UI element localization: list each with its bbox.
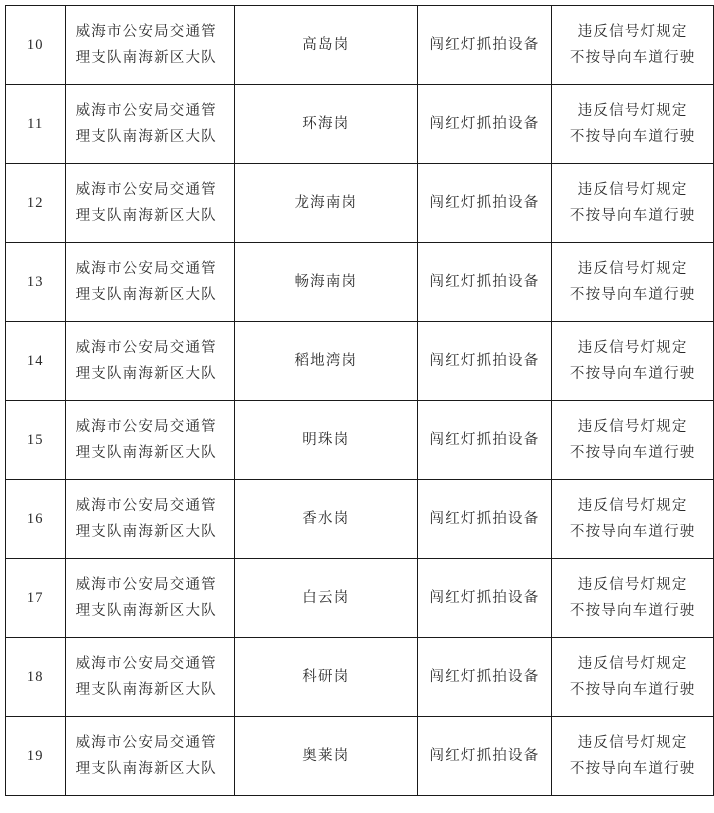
row-number-cell: 14: [6, 322, 66, 401]
site-cell: 香水岗: [235, 480, 417, 559]
unit-cell: 威海市公安局交通管理支队南海新区大队: [65, 401, 235, 480]
device-cell: 闯红灯抓拍设备: [417, 322, 552, 401]
row-number-cell: 16: [6, 480, 66, 559]
unit-cell: 威海市公安局交通管理支队南海新区大队: [65, 480, 235, 559]
unit-line-2: 理支队南海新区大队: [76, 756, 235, 782]
unit-cell: 威海市公安局交通管理支队南海新区大队: [65, 6, 235, 85]
violation-line-1: 违反信号灯规定: [552, 572, 713, 598]
violation-cell: 违反信号灯规定不按导向车道行驶: [552, 559, 714, 638]
violation-line-2: 不按导向车道行驶: [552, 361, 713, 387]
table-row: 15 威海市公安局交通管理支队南海新区大队 明珠岗 闯红灯抓拍设备 违反信号灯规…: [6, 401, 714, 480]
violation-cell: 违反信号灯规定不按导向车道行驶: [552, 6, 714, 85]
violation-line-2: 不按导向车道行驶: [552, 124, 713, 150]
violation-cell: 违反信号灯规定不按导向车道行驶: [552, 243, 714, 322]
unit-line-1: 威海市公安局交通管: [76, 493, 235, 519]
table-row: 16 威海市公安局交通管理支队南海新区大队 香水岗 闯红灯抓拍设备 违反信号灯规…: [6, 480, 714, 559]
violation-line-1: 违反信号灯规定: [552, 730, 713, 756]
unit-line-1: 威海市公安局交通管: [76, 19, 235, 45]
unit-cell: 威海市公安局交通管理支队南海新区大队: [65, 164, 235, 243]
table-row: 18 威海市公安局交通管理支队南海新区大队 科研岗 闯红灯抓拍设备 违反信号灯规…: [6, 638, 714, 717]
unit-cell: 威海市公安局交通管理支队南海新区大队: [65, 638, 235, 717]
violation-line-2: 不按导向车道行驶: [552, 677, 713, 703]
unit-line-2: 理支队南海新区大队: [76, 440, 235, 466]
violation-line-1: 违反信号灯规定: [552, 335, 713, 361]
device-cell: 闯红灯抓拍设备: [417, 717, 552, 796]
unit-line-1: 威海市公安局交通管: [76, 730, 235, 756]
device-cell: 闯红灯抓拍设备: [417, 6, 552, 85]
violation-cell: 违反信号灯规定不按导向车道行驶: [552, 480, 714, 559]
device-cell: 闯红灯抓拍设备: [417, 164, 552, 243]
row-number-cell: 10: [6, 6, 66, 85]
violation-line-2: 不按导向车道行驶: [552, 282, 713, 308]
camera-locations-table: 10 威海市公安局交通管理支队南海新区大队 高岛岗 闯红灯抓拍设备 违反信号灯规…: [5, 5, 714, 796]
table-container: 10 威海市公安局交通管理支队南海新区大队 高岛岗 闯红灯抓拍设备 违反信号灯规…: [5, 5, 714, 796]
table-row: 12 威海市公安局交通管理支队南海新区大队 龙海南岗 闯红灯抓拍设备 违反信号灯…: [6, 164, 714, 243]
unit-line-1: 威海市公安局交通管: [76, 335, 235, 361]
site-cell: 畅海南岗: [235, 243, 417, 322]
unit-line-1: 威海市公安局交通管: [76, 572, 235, 598]
unit-line-1: 威海市公安局交通管: [76, 256, 235, 282]
violation-line-1: 违反信号灯规定: [552, 493, 713, 519]
unit-line-1: 威海市公安局交通管: [76, 414, 235, 440]
unit-cell: 威海市公安局交通管理支队南海新区大队: [65, 85, 235, 164]
table-row: 17 威海市公安局交通管理支队南海新区大队 白云岗 闯红灯抓拍设备 违反信号灯规…: [6, 559, 714, 638]
violation-line-1: 违反信号灯规定: [552, 177, 713, 203]
violation-line-2: 不按导向车道行驶: [552, 756, 713, 782]
site-cell: 明珠岗: [235, 401, 417, 480]
violation-line-1: 违反信号灯规定: [552, 651, 713, 677]
violation-line-1: 违反信号灯规定: [552, 19, 713, 45]
unit-line-2: 理支队南海新区大队: [76, 519, 235, 545]
unit-line-1: 威海市公安局交通管: [76, 98, 235, 124]
violation-cell: 违反信号灯规定不按导向车道行驶: [552, 717, 714, 796]
table-row: 11 威海市公安局交通管理支队南海新区大队 环海岗 闯红灯抓拍设备 违反信号灯规…: [6, 85, 714, 164]
unit-line-2: 理支队南海新区大队: [76, 45, 235, 71]
row-number-cell: 12: [6, 164, 66, 243]
violation-line-2: 不按导向车道行驶: [552, 45, 713, 71]
device-cell: 闯红灯抓拍设备: [417, 243, 552, 322]
violation-cell: 违反信号灯规定不按导向车道行驶: [552, 638, 714, 717]
violation-line-2: 不按导向车道行驶: [552, 519, 713, 545]
violation-line-2: 不按导向车道行驶: [552, 598, 713, 624]
violation-line-2: 不按导向车道行驶: [552, 203, 713, 229]
violation-line-1: 违反信号灯规定: [552, 98, 713, 124]
device-cell: 闯红灯抓拍设备: [417, 559, 552, 638]
unit-line-2: 理支队南海新区大队: [76, 203, 235, 229]
row-number-cell: 18: [6, 638, 66, 717]
device-cell: 闯红灯抓拍设备: [417, 85, 552, 164]
site-cell: 龙海南岗: [235, 164, 417, 243]
site-cell: 高岛岗: [235, 6, 417, 85]
table-row: 14 威海市公安局交通管理支队南海新区大队 稻地湾岗 闯红灯抓拍设备 违反信号灯…: [6, 322, 714, 401]
violation-cell: 违反信号灯规定不按导向车道行驶: [552, 401, 714, 480]
unit-line-1: 威海市公安局交通管: [76, 651, 235, 677]
site-cell: 环海岗: [235, 85, 417, 164]
unit-cell: 威海市公安局交通管理支队南海新区大队: [65, 243, 235, 322]
unit-line-2: 理支队南海新区大队: [76, 361, 235, 387]
device-cell: 闯红灯抓拍设备: [417, 480, 552, 559]
row-number-cell: 19: [6, 717, 66, 796]
row-number-cell: 17: [6, 559, 66, 638]
violation-cell: 违反信号灯规定不按导向车道行驶: [552, 164, 714, 243]
table-row: 19 威海市公安局交通管理支队南海新区大队 奥莱岗 闯红灯抓拍设备 违反信号灯规…: [6, 717, 714, 796]
unit-line-2: 理支队南海新区大队: [76, 598, 235, 624]
unit-cell: 威海市公安局交通管理支队南海新区大队: [65, 717, 235, 796]
unit-line-2: 理支队南海新区大队: [76, 124, 235, 150]
device-cell: 闯红灯抓拍设备: [417, 401, 552, 480]
violation-line-1: 违反信号灯规定: [552, 256, 713, 282]
violation-cell: 违反信号灯规定不按导向车道行驶: [552, 322, 714, 401]
site-cell: 白云岗: [235, 559, 417, 638]
unit-line-2: 理支队南海新区大队: [76, 282, 235, 308]
unit-cell: 威海市公安局交通管理支队南海新区大队: [65, 559, 235, 638]
site-cell: 奥莱岗: [235, 717, 417, 796]
row-number-cell: 15: [6, 401, 66, 480]
row-number-cell: 11: [6, 85, 66, 164]
violation-line-1: 违反信号灯规定: [552, 414, 713, 440]
unit-line-1: 威海市公安局交通管: [76, 177, 235, 203]
table-row: 13 威海市公安局交通管理支队南海新区大队 畅海南岗 闯红灯抓拍设备 违反信号灯…: [6, 243, 714, 322]
device-cell: 闯红灯抓拍设备: [417, 638, 552, 717]
row-number-cell: 13: [6, 243, 66, 322]
table-row: 10 威海市公安局交通管理支队南海新区大队 高岛岗 闯红灯抓拍设备 违反信号灯规…: [6, 6, 714, 85]
unit-cell: 威海市公安局交通管理支队南海新区大队: [65, 322, 235, 401]
violation-cell: 违反信号灯规定不按导向车道行驶: [552, 85, 714, 164]
site-cell: 科研岗: [235, 638, 417, 717]
violation-line-2: 不按导向车道行驶: [552, 440, 713, 466]
unit-line-2: 理支队南海新区大队: [76, 677, 235, 703]
site-cell: 稻地湾岗: [235, 322, 417, 401]
